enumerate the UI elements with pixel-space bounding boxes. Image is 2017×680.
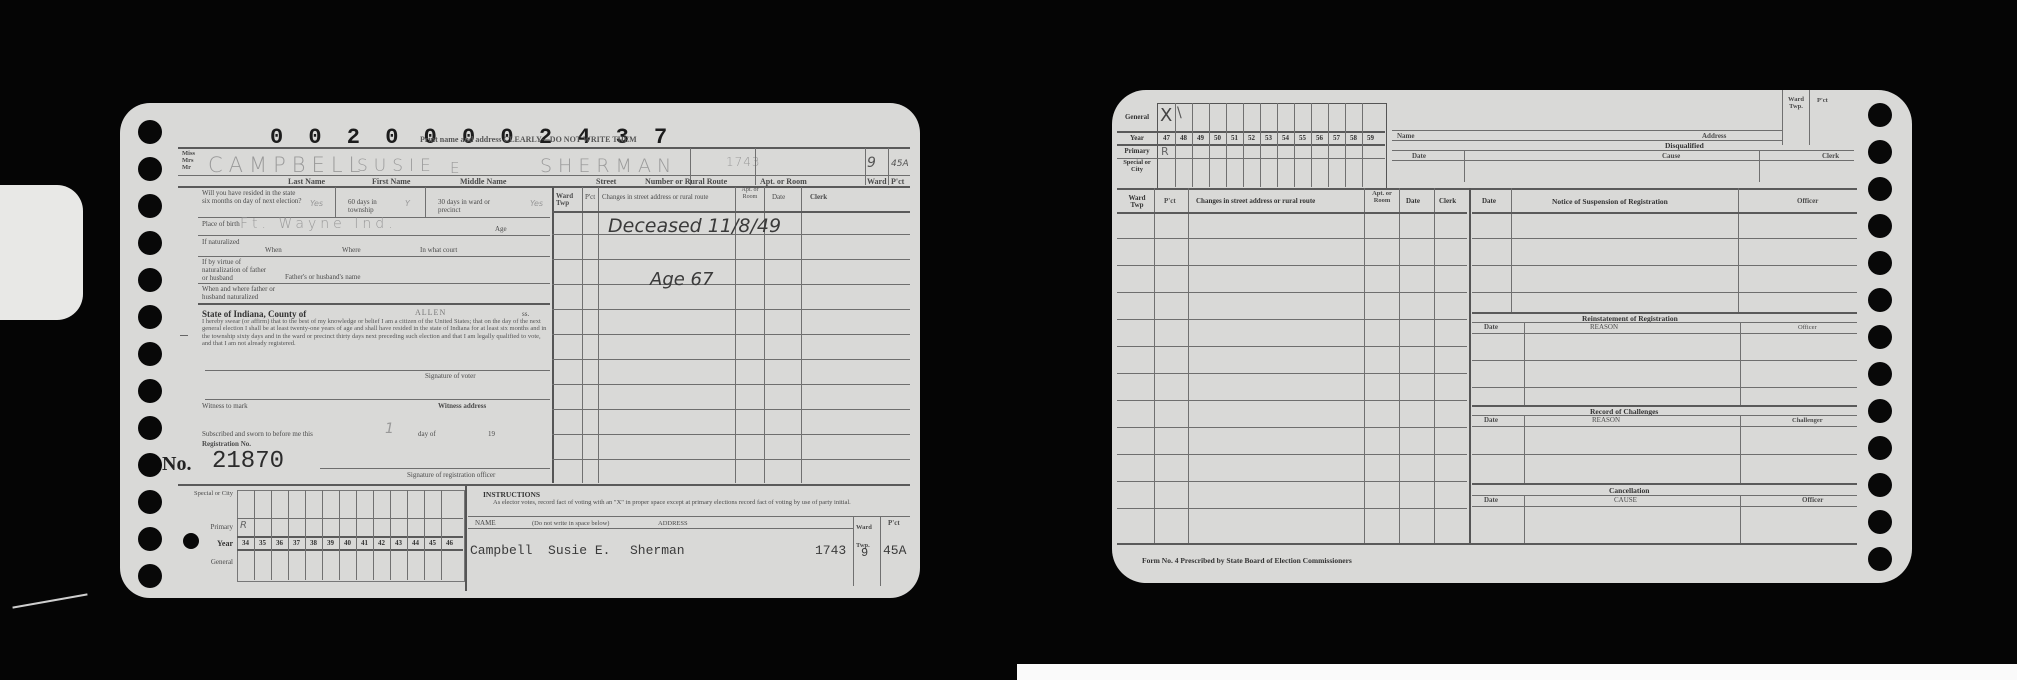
label-ward: Ward Twp. bbox=[1785, 96, 1807, 110]
punch-hole bbox=[138, 416, 162, 440]
residence-answer: Yes bbox=[310, 199, 323, 208]
challenges-reason-label: REASON bbox=[1592, 416, 1620, 425]
label-disqualified: Disqualified bbox=[1665, 141, 1704, 150]
birth-value: Ft. Wayne Ind. bbox=[240, 216, 397, 232]
punch-hole bbox=[138, 453, 162, 477]
reinstatement-reason-label: REASON bbox=[1590, 323, 1618, 332]
oath-text: I hereby swear (or affirm) that to the b… bbox=[202, 318, 547, 348]
label-ward: Ward bbox=[867, 177, 887, 186]
ward-answer: Yes bbox=[530, 199, 543, 208]
age-note: Age 67 bbox=[650, 269, 713, 290]
punch-hole bbox=[138, 157, 162, 181]
form-footer: Form No. 4 Prescribed by State Board of … bbox=[1142, 556, 1352, 565]
voting-record-grid-back: General Year Primary Special or City 47 … bbox=[1117, 103, 1387, 188]
ward-value: 9 bbox=[867, 155, 876, 171]
stub-typed-ward: 9 bbox=[861, 546, 868, 560]
punch-hole bbox=[1868, 177, 1892, 201]
challenges-date-label: Date bbox=[1484, 416, 1498, 425]
row-primary: Primary bbox=[185, 523, 233, 532]
punch-hole bbox=[138, 305, 162, 329]
punch-hole bbox=[138, 194, 162, 218]
punch-hole bbox=[1868, 510, 1892, 534]
label-number: Number or Rural Route bbox=[645, 177, 727, 186]
cancellation-cause-label: CAUSE bbox=[1614, 496, 1637, 505]
punch-hole bbox=[138, 268, 162, 292]
punch-hole bbox=[138, 120, 162, 144]
day-of-label: day of bbox=[418, 430, 436, 439]
suspension-date-label: Date bbox=[1482, 197, 1496, 205]
col-apt: Apt. or Room bbox=[1368, 190, 1396, 204]
col-pct: P'ct bbox=[585, 193, 595, 202]
first-name-value: SUSIE bbox=[357, 156, 437, 176]
reinstatement-date-label: Date bbox=[1484, 323, 1498, 332]
pct-value: 45A bbox=[891, 159, 909, 169]
title-prefix: MissMrsMr bbox=[182, 150, 195, 171]
when-where-label: When and where father or husband natural… bbox=[202, 285, 287, 301]
punch-hole bbox=[1868, 436, 1892, 460]
county-value: ALLEN bbox=[415, 308, 446, 317]
scan-border-strip bbox=[1017, 664, 2017, 680]
punch-hole bbox=[138, 490, 162, 514]
challenger-label: Challenger bbox=[1792, 416, 1823, 425]
row-general: General bbox=[185, 558, 233, 567]
punch-hole bbox=[138, 342, 162, 366]
witness-address-label: Witness address bbox=[438, 402, 486, 411]
row-special: Special or City bbox=[185, 490, 233, 497]
punch-hole bbox=[138, 527, 162, 551]
suspension-title: Notice of Suspension of Registration bbox=[1552, 197, 1668, 206]
stub-address-label: ADDRESS bbox=[658, 519, 688, 528]
row-year: Year bbox=[1117, 134, 1157, 142]
row-special: Special or City bbox=[1117, 159, 1157, 173]
last-name-value: CAMPBELL bbox=[208, 153, 366, 177]
col-clerk: Clerk bbox=[1439, 197, 1456, 205]
township-question: 60 days in township bbox=[348, 198, 403, 214]
header-instruction: Print name and address CLEARLY—DO NOT WR… bbox=[420, 135, 637, 144]
age-label: Age bbox=[495, 225, 507, 234]
suspension-officer-label: Officer bbox=[1797, 197, 1818, 206]
primary-vote-mark: R bbox=[1161, 145, 1169, 158]
instructions-text: As elector votes, record fact of voting … bbox=[493, 499, 903, 506]
stub-typed-name: Campbell Susie E. bbox=[470, 543, 610, 558]
signature-officer-label: Signature of registration officer bbox=[407, 471, 495, 480]
general-vote-x: X bbox=[1160, 105, 1172, 126]
punch-hole bbox=[1868, 140, 1892, 164]
col-pct: P'ct bbox=[1164, 197, 1176, 206]
voting-record-grid: Special or City Primary Year General R 3… bbox=[185, 490, 475, 588]
reinstatement-officer-label: Officer bbox=[1798, 323, 1817, 332]
instructions-title: INSTRUCTIONS bbox=[483, 490, 540, 499]
col-ward-twp: Ward Twp bbox=[556, 193, 580, 207]
general-vote-mark: \ bbox=[1177, 105, 1182, 121]
virtue-label: If by virtue of naturalization of father… bbox=[202, 258, 270, 282]
scratch-line bbox=[12, 593, 87, 608]
subscribed-day: 1 bbox=[385, 421, 394, 437]
cancellation-date-label: Date bbox=[1484, 496, 1498, 505]
punch-hole bbox=[138, 379, 162, 403]
punch-hole bbox=[1868, 103, 1892, 127]
deceased-note: Deceased 11/8/49 bbox=[608, 215, 781, 237]
row-year: Year bbox=[185, 539, 233, 548]
township-answer: Y bbox=[405, 199, 410, 208]
stub-pct-label: P'ct bbox=[888, 519, 900, 528]
label-pct: P'ct bbox=[891, 177, 904, 186]
row-primary: Primary bbox=[1117, 147, 1157, 155]
punch-hole bbox=[1868, 362, 1892, 386]
naturalized-where: Where bbox=[342, 246, 361, 255]
naturalized-when: When bbox=[265, 246, 282, 255]
registration-card-front: 0 0 2 0 0 0 0 2 4 3 7 Print name and add… bbox=[120, 103, 920, 598]
col-date: Date bbox=[772, 193, 785, 202]
witness-label: Witness to mark bbox=[202, 402, 248, 411]
col-changes: Changes in street address or rural route bbox=[1196, 197, 1315, 205]
punch-hole bbox=[1868, 214, 1892, 238]
stub-typed-street: Sherman bbox=[630, 543, 685, 558]
registration-number: 21870 bbox=[212, 448, 284, 475]
subscribed-line: Subscribed and sworn to before me this bbox=[202, 430, 313, 439]
primary-mark: R bbox=[240, 520, 247, 531]
punch-hole bbox=[1868, 547, 1892, 571]
ward-question: 30 days in ward or precinct bbox=[438, 198, 508, 214]
cancellation-officer-label: Officer bbox=[1802, 496, 1823, 505]
stub-typed-number: 1743 bbox=[815, 543, 846, 558]
birth-label: Place of birth bbox=[202, 220, 242, 228]
label-first-name: First Name bbox=[372, 177, 410, 186]
stub-name-label: NAME bbox=[475, 519, 496, 528]
signature-voter-label: Signature of voter bbox=[425, 372, 476, 381]
label-street: Street bbox=[596, 177, 616, 186]
father-husband-name-label: Father's or husband's name bbox=[285, 273, 360, 282]
naturalized-label: If naturalized bbox=[202, 238, 242, 246]
label-middle-name: Middle Name bbox=[460, 177, 506, 186]
punch-hole bbox=[1868, 399, 1892, 423]
col-ward-twp: Ward Twp bbox=[1122, 195, 1152, 209]
label-pct: P'ct bbox=[1817, 96, 1828, 105]
col-clerk: Clerk bbox=[810, 193, 827, 202]
registration-card-back: General Year Primary Special or City 47 … bbox=[1112, 90, 1912, 583]
col-apt: Apt. or Room bbox=[739, 187, 761, 201]
punch-hole bbox=[1868, 473, 1892, 497]
cancellation-title: Cancellation bbox=[1609, 486, 1649, 495]
year-suffix: 19 bbox=[488, 430, 495, 439]
col-date: Date bbox=[1406, 197, 1420, 205]
dash-mark bbox=[180, 335, 188, 336]
number-prefix: No. bbox=[162, 453, 191, 476]
partial-card-edge bbox=[0, 185, 83, 320]
col-changes: Changes in street address or rural route bbox=[602, 193, 708, 202]
street-value: SHERMAN bbox=[540, 155, 677, 177]
naturalized-court: In what court bbox=[420, 246, 457, 255]
label-last-name: Last Name bbox=[288, 177, 325, 186]
row-general: General bbox=[1117, 113, 1157, 121]
stub-do-not-write: (Do not write in space below) bbox=[532, 519, 609, 528]
punch-hole bbox=[1868, 288, 1892, 312]
punch-hole bbox=[1868, 325, 1892, 349]
punch-hole bbox=[138, 564, 162, 588]
residence-question: Will you have resided in the state six m… bbox=[202, 189, 302, 205]
stub-typed-pct: 45A bbox=[883, 543, 906, 558]
label-apt: Apt. or Room bbox=[760, 177, 807, 186]
punch-hole bbox=[1868, 251, 1892, 275]
punch-hole bbox=[138, 231, 162, 255]
